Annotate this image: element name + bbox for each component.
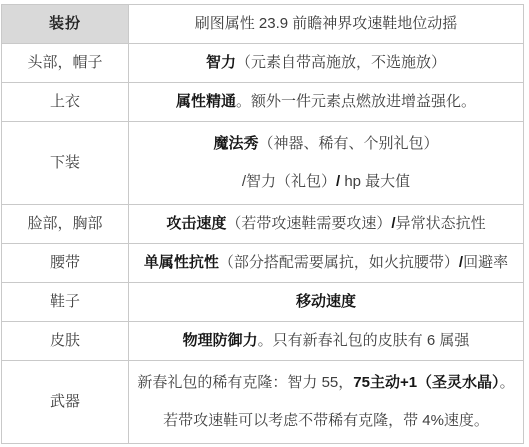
row-label-cell: 皮肤 [2,322,129,361]
page: 装扮 刷图属性 23.9 前瞻神界攻速鞋地位动摇 头部，帽子智力（元素自带高施放… [0,0,529,444]
row-value-cell: 魔法秀（神器、稀有、个别礼包）/智力（礼包）/ hp 最大值 [129,122,524,205]
cell-line: 单属性抗性（部分搭配需要属抗，如火抗腰带）/回避率 [135,253,517,273]
row-value-cell: 攻击速度（若带攻速鞋需要攻速）/异常状态抗性 [129,205,524,244]
header-category-cell: 装扮 [2,5,129,44]
header-title-cell: 刷图属性 23.9 前瞻神界攻速鞋地位动摇 [129,5,524,44]
value-text: 。额外一件元素点燃放进增益强化。 [236,93,476,110]
value-text: 回避率 [463,254,508,271]
cell-line: 属性精通。额外一件元素点燃放进增益强化。 [135,92,517,112]
table-header-row: 装扮 刷图属性 23.9 前瞻神界攻速鞋地位动摇 [2,5,524,44]
value-text-bold: 物理防御力 [183,332,258,349]
value-text: 若带攻速鞋可以考虑不带稀有克隆，带 4%速度。 [163,412,489,429]
table-row: 鞋子移动速度 [2,283,524,322]
table-row: 腰带单属性抗性（部分搭配需要属抗，如火抗腰带）/回避率 [2,244,524,283]
row-label-cell: 脸部，胸部 [2,205,129,244]
value-text: （神器、稀有、个别礼包） [259,135,439,152]
value-text: 新春礼包的稀有克隆：智力 55， [137,374,353,391]
cell-line: 若带攻速鞋可以考虑不带稀有克隆，带 4%速度。 [135,411,517,431]
row-value-cell: 单属性抗性（部分搭配需要属抗，如火抗腰带）/回避率 [129,244,524,283]
value-text: hp 最大值 [340,173,410,190]
row-label-cell: 武器 [2,361,129,444]
row-label-cell: 头部，帽子 [2,44,129,83]
table-row: 头部，帽子智力（元素自带高施放，不选施放） [2,44,524,83]
cell-line: 移动速度 [135,292,517,312]
value-text: 。只有新春礼包的皮肤有 6 属强 [258,332,470,349]
table-row: 皮肤物理防御力。只有新春礼包的皮肤有 6 属强 [2,322,524,361]
value-text: （部分搭配需要属抗，如火抗腰带） [219,254,459,271]
table-row: 脸部，胸部攻击速度（若带攻速鞋需要攻速）/异常状态抗性 [2,205,524,244]
table-body: 头部，帽子智力（元素自带高施放，不选施放）上衣属性精通。额外一件元素点燃放进增益… [2,44,524,444]
value-text-bold: 攻击速度 [166,215,226,232]
row-value-cell: 智力（元素自带高施放，不选施放） [129,44,524,83]
row-label-cell: 腰带 [2,244,129,283]
row-value-cell: 移动速度 [129,283,524,322]
value-text-bold: 智力 [206,54,236,71]
row-value-cell: 新春礼包的稀有克隆：智力 55，75主动+1（圣灵水晶）。若带攻速鞋可以考虑不带… [129,361,524,444]
value-text-bold: 魔法秀 [213,135,258,152]
avatar-attributes-table: 装扮 刷图属性 23.9 前瞻神界攻速鞋地位动摇 头部，帽子智力（元素自带高施放… [1,4,524,444]
value-text-bold: 75主动+1（圣灵水晶） [353,374,499,391]
value-text: （若带攻速鞋需要攻速） [226,215,391,232]
cell-line: 攻击速度（若带攻速鞋需要攻速）/异常状态抗性 [135,214,517,234]
table-row: 下装魔法秀（神器、稀有、个别礼包）/智力（礼包）/ hp 最大值 [2,122,524,205]
row-label-cell: 鞋子 [2,283,129,322]
row-label-cell: 下装 [2,122,129,205]
cell-line: 新春礼包的稀有克隆：智力 55，75主动+1（圣灵水晶）。 [135,373,517,393]
cell-line: 物理防御力。只有新春礼包的皮肤有 6 属强 [135,331,517,351]
cell-line: 魔法秀（神器、稀有、个别礼包） [135,134,517,154]
cell-line: 智力（元素自带高施放，不选施放） [135,53,517,73]
value-text: /智力（礼包） [242,173,336,190]
value-text: 异常状态抗性 [396,215,486,232]
row-label-cell: 上衣 [2,83,129,122]
row-value-cell: 属性精通。额外一件元素点燃放进增益强化。 [129,83,524,122]
value-text: （元素自带高施放，不选施放） [236,54,446,71]
row-value-cell: 物理防御力。只有新春礼包的皮肤有 6 属强 [129,322,524,361]
table-row: 武器新春礼包的稀有克隆：智力 55，75主动+1（圣灵水晶）。若带攻速鞋可以考虑… [2,361,524,444]
value-text-bold: 属性精通 [176,93,236,110]
value-text-bold: 单属性抗性 [144,254,219,271]
value-text-bold: 移动速度 [296,293,356,310]
value-text: 。 [500,374,515,391]
table-row: 上衣属性精通。额外一件元素点燃放进增益强化。 [2,83,524,122]
cell-line: /智力（礼包）/ hp 最大值 [135,172,517,192]
